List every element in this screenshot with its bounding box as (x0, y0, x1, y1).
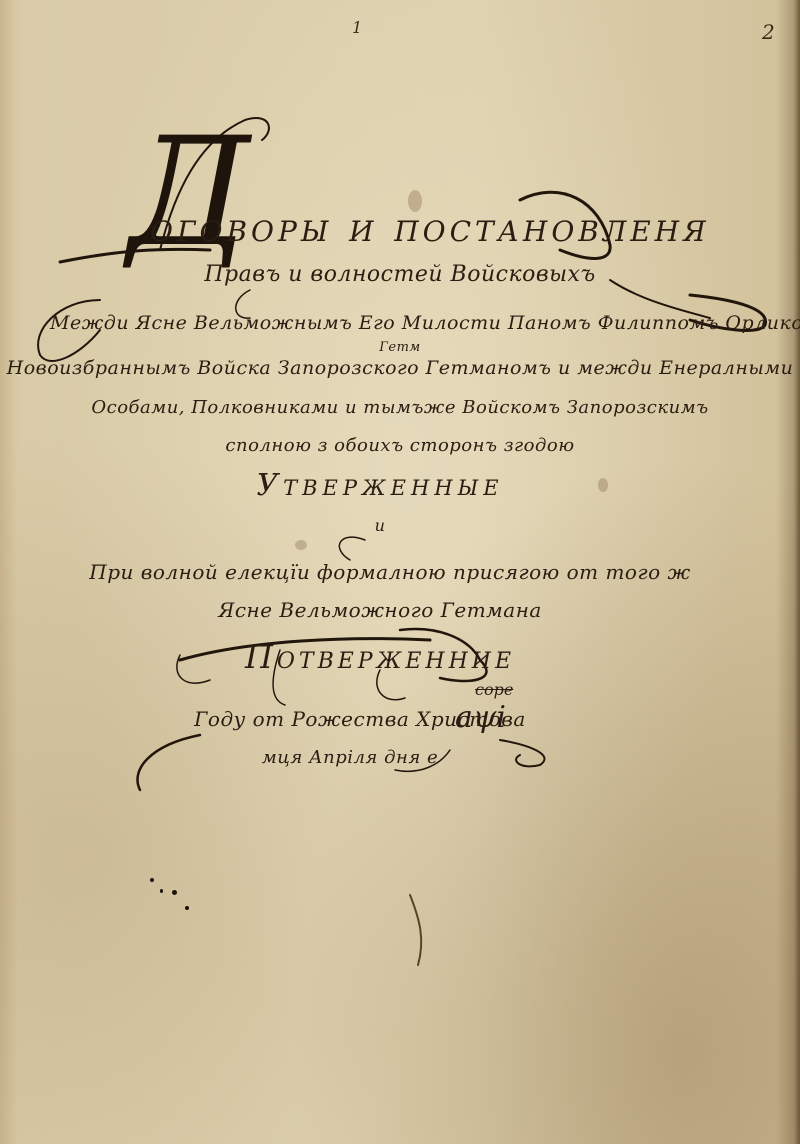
body-line-2: Новоизбраннымъ Войска Запорозского Гетма… (0, 357, 800, 379)
folio-number-top: 1 (352, 18, 362, 37)
struck-text: соре (475, 680, 513, 699)
body-line-5: При волной елекцїи формалною присягою от… (0, 560, 790, 584)
date-line-1: Году от Рожества Христова (0, 707, 760, 731)
page-edge-shadow (794, 0, 800, 1144)
subtitle: Правъ и волностей Войсковыхъ (0, 262, 800, 287)
year-numeral: аψі (455, 700, 506, 735)
date-line-2: мця Апріля дня е (0, 747, 750, 768)
heading-confirmed: Утверженные (0, 468, 780, 503)
body-line-4: сполною з обоихъ сторонъ згодою (0, 435, 800, 456)
wormhole (185, 906, 189, 910)
manuscript-page: 1 2 Д оговоры и постановленя Правъ и вол… (0, 0, 800, 1144)
body-line-1: Межди Ясне Вельможнымъ Его Милости Паном… (50, 312, 780, 334)
body-line-3: Особами, Полковниками и тымъже Войскомъ … (0, 397, 800, 418)
wormhole (150, 878, 154, 882)
correction-note: Гетм (350, 340, 450, 355)
wormhole (172, 890, 177, 895)
title-main: оговоры и постановленя (110, 205, 670, 251)
body-line-6: Ясне Вельможного Гетмана (0, 598, 780, 622)
folio-number-corner: 2 (762, 20, 775, 44)
heading-ratified: Потверженние (0, 638, 780, 676)
ink-stain (295, 540, 307, 550)
wormhole (160, 889, 163, 893)
conjunction: и (0, 516, 780, 535)
